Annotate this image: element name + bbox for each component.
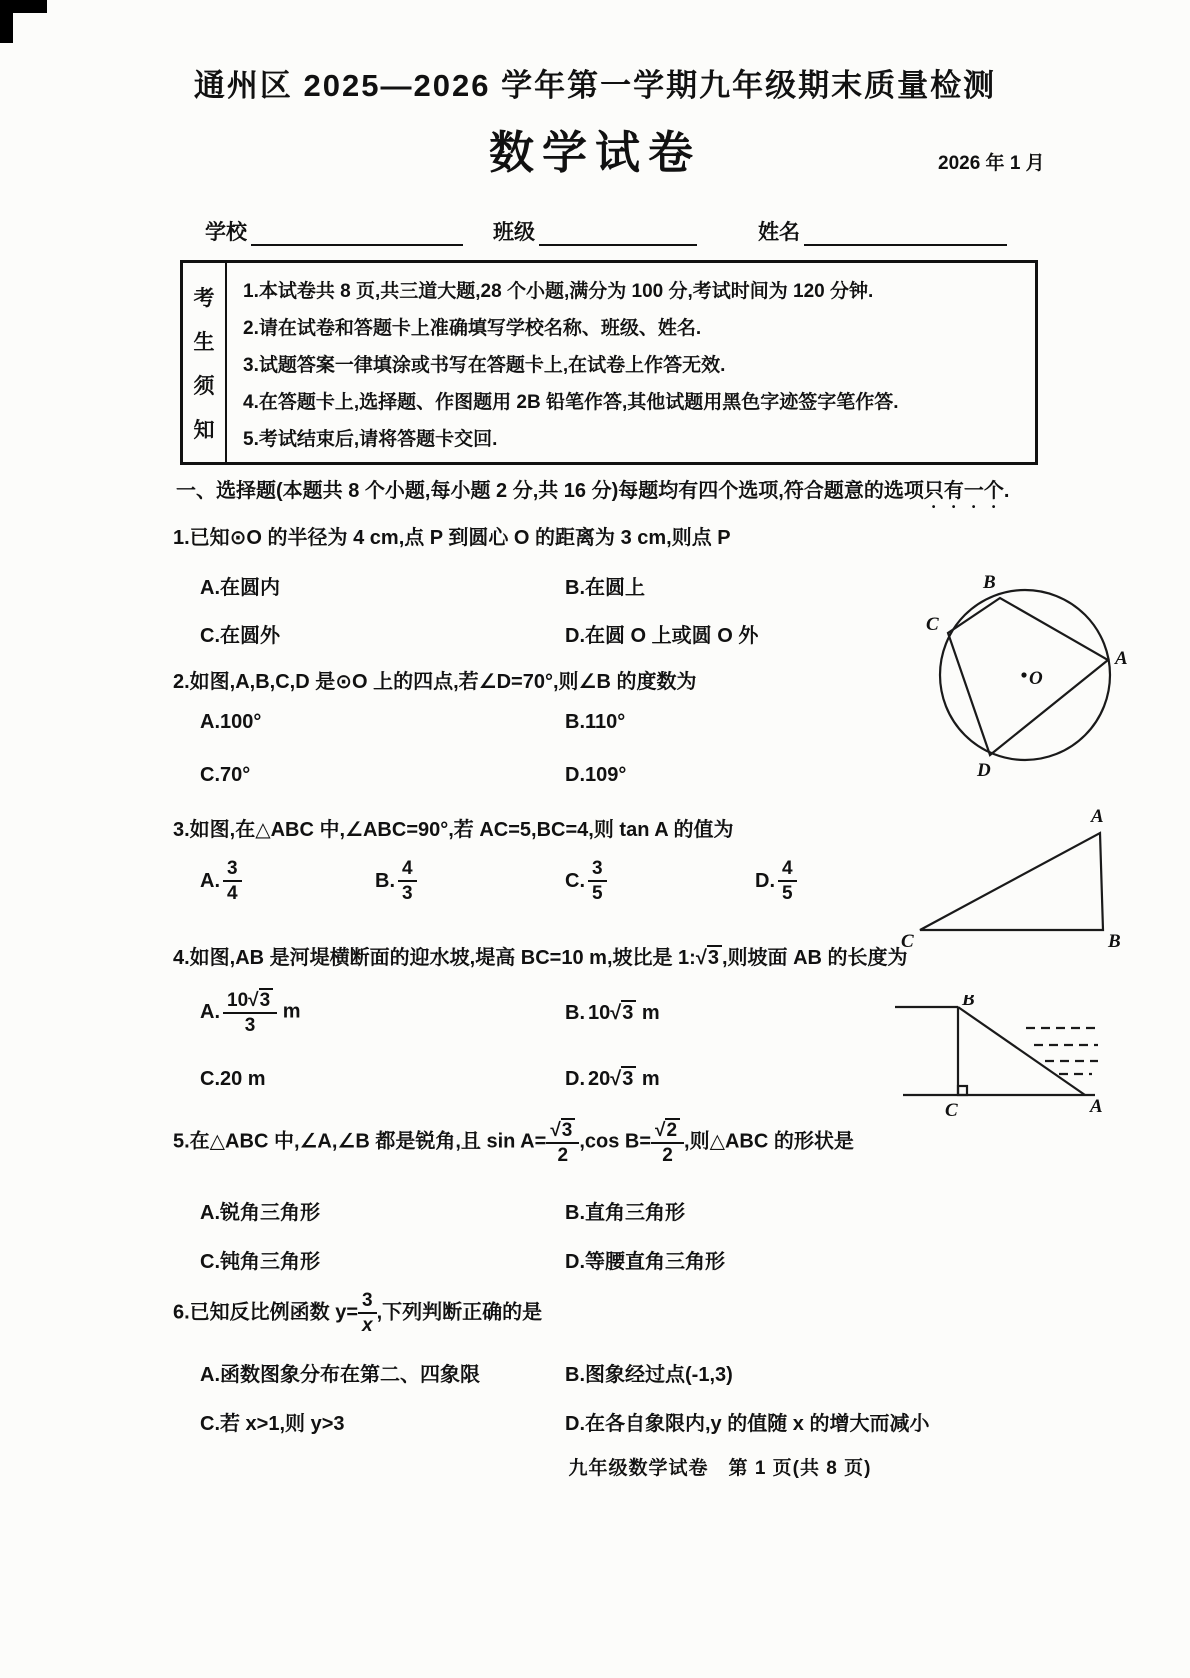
name-blank-line[interactable] — [804, 220, 1007, 246]
vertex-label-B: B — [1107, 931, 1121, 952]
q6-option-c[interactable]: C.若 x>1,则 y>3 — [200, 1407, 345, 1436]
radical-sign: √ — [655, 1120, 665, 1141]
q1-option-b[interactable]: B.在圆上 — [565, 571, 645, 600]
vertex-label-C: C — [945, 1100, 958, 1121]
option-unit: m — [636, 1002, 659, 1024]
radicand: 3 — [561, 1118, 576, 1141]
stem-text: ,则△ABC 的形状是 — [684, 1131, 854, 1153]
sqrt: √3 — [610, 1002, 636, 1024]
fraction-numerator: 4 — [778, 858, 797, 882]
inscribed-quadrilateral — [948, 598, 1108, 755]
question-6-stem: 6.已知反比例函数 y=3x,下列判断正确的是 — [173, 1290, 542, 1337]
radicand: 3 — [621, 1066, 636, 1091]
fraction-numerator: 4 — [398, 858, 417, 882]
stem-text: ,下列判断正确的是 — [377, 1302, 543, 1324]
fraction-denominator: 3 — [398, 882, 417, 904]
q2-option-b[interactable]: B.110° — [565, 711, 625, 734]
radical-sign: √ — [610, 1002, 621, 1025]
radical-sign: √ — [610, 1068, 621, 1091]
radical-sign: √ — [248, 990, 258, 1011]
fraction: 3x — [358, 1290, 377, 1337]
fraction-denominator: 4 — [223, 882, 242, 904]
fraction-denominator: x — [358, 1314, 377, 1336]
section1-heading-emphasis: 只有一个 — [924, 480, 1004, 502]
fraction-denominator: 2 — [651, 1144, 684, 1166]
q2-option-d[interactable]: D.109° — [565, 764, 626, 787]
sqrt: √3 — [696, 947, 722, 969]
q1-option-c[interactable]: C.在圆外 — [200, 619, 280, 648]
notice-item: 3.试题答案一律填涂或书写在答题卡上,在试卷上作答无效. — [243, 347, 1027, 384]
sqrt: √2 — [655, 1120, 680, 1141]
option-label: D. — [565, 1068, 585, 1090]
notice-item: 1.本试卷共 8 页,共三道大题,28 个小题,满分为 100 分,考试时间为 … — [243, 273, 1027, 310]
school-blank-line[interactable] — [251, 220, 463, 246]
option-label: A. — [200, 1001, 220, 1023]
right-triangle-figure: A B C — [875, 806, 1125, 952]
radicand: 3 — [259, 988, 274, 1011]
notice-side-char: 生 — [194, 326, 215, 356]
fraction-numerator: 3 — [223, 858, 242, 882]
school-label: 学校 — [205, 221, 247, 244]
notice-side-label: 考 生 须 知 — [183, 263, 227, 462]
q4-option-a[interactable]: A.10√33 m — [200, 988, 301, 1037]
q3-option-d[interactable]: D.45 — [755, 858, 797, 905]
scan-corner-mark — [0, 0, 13, 43]
sqrt: √3 — [610, 1068, 636, 1090]
vertex-label-C: C — [926, 614, 939, 635]
class-label: 班级 — [493, 221, 535, 244]
sqrt: √3 — [248, 990, 273, 1011]
fraction-denominator: 3 — [223, 1014, 277, 1036]
radicand: 3 — [707, 945, 722, 970]
fraction-numerator: √3 — [546, 1118, 579, 1144]
question-2-stem: 2.如图,A,B,C,D 是⊙O 上的四点,若∠D=70°,则∠B 的度数为 — [173, 665, 696, 694]
fraction: 35 — [588, 858, 607, 905]
option-label: B. — [375, 870, 395, 892]
fraction: 34 — [223, 858, 242, 905]
q3-option-a[interactable]: A.34 — [200, 858, 242, 905]
stem-text: 6.已知反比例函数 y= — [173, 1302, 358, 1324]
q6-option-a[interactable]: A.函数图象分布在第二、四象限 — [200, 1358, 480, 1387]
center-dot — [1021, 672, 1026, 677]
fraction-denominator: 5 — [588, 882, 607, 904]
q6-option-b[interactable]: B.图象经过点(-1,3) — [565, 1358, 733, 1387]
numerator-text: 10 — [227, 990, 248, 1011]
radical-sign: √ — [696, 947, 707, 970]
notice-items: 1.本试卷共 8 页,共三道大题,28 个小题,满分为 100 分,考试时间为 … — [227, 263, 1035, 462]
sqrt: √3 — [550, 1120, 575, 1141]
option-label: C. — [565, 870, 585, 892]
q1-option-d[interactable]: D.在圆 O 上或圆 O 外 — [565, 619, 758, 648]
question-1-stem: 1.已知⊙O 的半径为 4 cm,点 P 到圆心 O 的距离为 3 cm,则点 … — [173, 521, 731, 550]
radical-sign: √ — [550, 1120, 560, 1141]
vertex-label-C: C — [901, 931, 914, 952]
fraction: √32 — [546, 1118, 579, 1167]
dam-slope-figure: B A C — [885, 995, 1120, 1127]
section1-heading-text: 一、选择题(本题共 8 个小题,每小题 2 分,共 16 分)每题均有四个选项,… — [176, 480, 924, 502]
notice-side-char: 考 — [194, 282, 215, 312]
candidate-notice-box: 考 生 须 知 1.本试卷共 8 页,共三道大题,28 个小题,满分为 100 … — [180, 260, 1038, 465]
q5-option-b[interactable]: B.直角三角形 — [565, 1196, 685, 1225]
radicand: 2 — [665, 1118, 680, 1141]
notice-item: 5.考试结束后,请将答题卡交回. — [243, 421, 1027, 458]
option-text: 10 — [588, 1002, 610, 1024]
fraction-numerator: √2 — [651, 1118, 684, 1144]
fraction: 43 — [398, 858, 417, 905]
vertex-label-A: A — [1114, 648, 1128, 669]
triangle-ABC — [920, 833, 1103, 930]
fraction: 45 — [778, 858, 797, 905]
q5-option-a[interactable]: A.锐角三角形 — [200, 1196, 320, 1225]
q3-option-b[interactable]: B.43 — [375, 858, 417, 905]
option-unit: m — [277, 1001, 300, 1023]
q1-option-a[interactable]: A.在圆内 — [200, 571, 280, 600]
section1-heading-period: . — [1004, 480, 1010, 502]
question-3-stem: 3.如图,在△ABC 中,∠ABC=90°,若 AC=5,BC=4,则 tan … — [173, 813, 733, 842]
q6-option-d[interactable]: D.在各自象限内,y 的值随 x 的增大而减小 — [565, 1407, 929, 1436]
q4-option-b[interactable]: B.10√3 m — [565, 1000, 660, 1025]
fraction-denominator: 5 — [778, 882, 797, 904]
school-field: 学校 — [205, 216, 463, 246]
fraction-numerator: 10√3 — [223, 988, 277, 1014]
class-field: 班级 — [493, 216, 697, 246]
right-angle-mark — [958, 1086, 967, 1095]
q4-option-c[interactable]: C.20 m — [200, 1068, 266, 1091]
stem-text: 5.在△ABC 中,∠A,∠B 都是锐角,且 sin A= — [173, 1131, 546, 1153]
fraction: √22 — [651, 1118, 684, 1167]
exam-paper-page: 通州区 2025—2026 学年第一学期九年级期末质量检测 数学试卷 2026 … — [0, 0, 1190, 1678]
q3-option-c[interactable]: C.35 — [565, 858, 607, 905]
option-unit: m — [636, 1068, 659, 1090]
vertex-label-B: B — [961, 995, 975, 1010]
name-label: 姓名 — [758, 221, 800, 244]
circle-quadrilateral-figure: B C A D O — [925, 572, 1140, 784]
page-footer: 九年级数学试卷 第 1 页(共 8 页) — [490, 1453, 950, 1480]
notice-side-char: 须 — [194, 370, 215, 400]
q2-option-a[interactable]: A.100° — [200, 711, 261, 734]
fraction: 10√33 — [223, 988, 277, 1037]
option-label: B. — [565, 1002, 585, 1024]
q5-option-d[interactable]: D.等腰直角三角形 — [565, 1245, 725, 1274]
vertex-label-D: D — [976, 760, 991, 781]
fraction-numerator: 3 — [588, 858, 607, 882]
name-field: 姓名 — [758, 216, 1007, 246]
slope-AB — [958, 1007, 1085, 1095]
section1-heading: 一、选择题(本题共 8 个小题,每小题 2 分,共 16 分)每题均有四个选项,… — [176, 474, 1009, 513]
fraction-numerator: 3 — [358, 1290, 377, 1314]
center-label-O: O — [1029, 668, 1043, 689]
exam-title: 通州区 2025—2026 学年第一学期九年级期末质量检测 — [0, 60, 1190, 105]
q4-option-d[interactable]: D.20√3 m — [565, 1066, 660, 1091]
exam-date: 2026 年 1 月 — [938, 148, 1045, 175]
stem-text: ,cos B= — [579, 1131, 651, 1153]
notice-side-char: 知 — [194, 414, 215, 444]
vertex-label-A: A — [1090, 806, 1104, 827]
radicand: 3 — [621, 1000, 636, 1025]
fraction-denominator: 2 — [546, 1144, 579, 1166]
q5-option-c[interactable]: C.钝角三角形 — [200, 1245, 320, 1274]
notice-item: 4.在答题卡上,选择题、作图题用 2B 铅笔作答,其他试题用黑色字迹签字笔作答. — [243, 384, 1027, 421]
option-label: A. — [200, 870, 220, 892]
q2-option-c[interactable]: C.70° — [200, 764, 250, 787]
question-4-stem: 4.如图,AB 是河堤横断面的迎水坡,堤高 BC=10 m,坡比是 1:√3,则… — [173, 941, 908, 970]
vertex-label-B: B — [982, 572, 996, 593]
notice-item: 2.请在试卷和答题卡上准确填写学校名称、班级、姓名. — [243, 310, 1027, 347]
option-text: 20 — [588, 1068, 610, 1090]
stem-text: 4.如图,AB 是河堤横断面的迎水坡,堤高 BC=10 m,坡比是 1: — [173, 947, 696, 969]
class-blank-line[interactable] — [539, 220, 697, 246]
vertex-label-A: A — [1089, 1096, 1103, 1117]
option-label: D. — [755, 870, 775, 892]
question-5-stem: 5.在△ABC 中,∠A,∠B 都是锐角,且 sin A=√32,cos B=√… — [173, 1118, 854, 1167]
